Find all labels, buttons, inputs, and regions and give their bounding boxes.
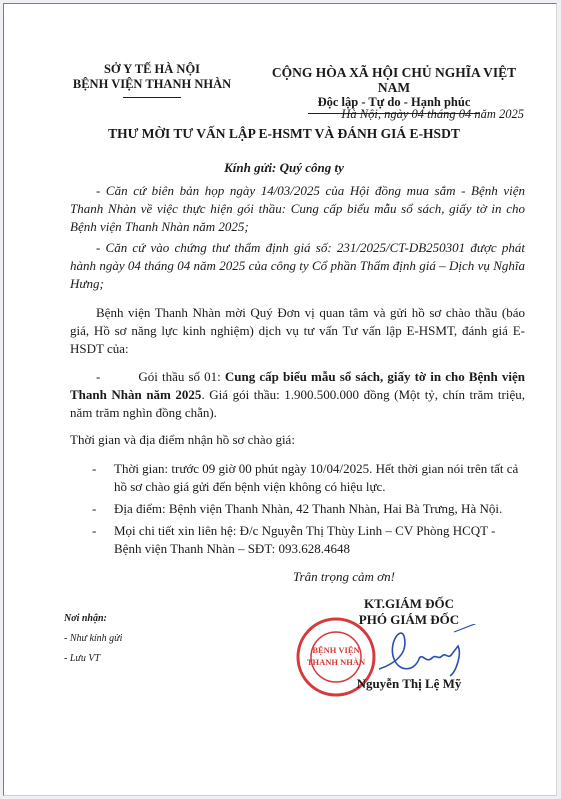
basis-paragraph-1: - Căn cứ biên bản họp ngày 14/03/2025 củ…	[70, 182, 525, 236]
stamp-text: BỆNH VIỆN THANH NHÀN	[295, 644, 377, 668]
recipients-label: Nơi nhận:	[64, 609, 122, 629]
basis-paragraph-2: - Căn cứ vào chứng thư thẩm định giá số:…	[70, 239, 525, 293]
submission-heading: Thời gian và địa điểm nhận hồ sơ chào gi…	[70, 431, 525, 449]
list-item: -Thời gian: trước 09 giờ 00 phút ngày 10…	[92, 460, 524, 496]
recipient-item: - Như kính gửi	[64, 629, 122, 649]
greeting: Kính gửi: Quý công ty	[44, 160, 524, 176]
document-date: Hà Nội, ngày 04 tháng 04 năm 2025	[304, 107, 524, 122]
org-underline	[123, 97, 181, 98]
submission-list: -Thời gian: trước 09 giờ 00 phút ngày 10…	[92, 460, 524, 562]
list-item: -Mọi chi tiết xin liên hệ: Đ/c Nguyễn Th…	[92, 522, 524, 558]
signer-name: Nguyễn Thị Lệ Mỹ	[334, 676, 484, 692]
issuing-organization: SỞ Y TẾ HÀ NỘI BỆNH VIỆN THANH NHÀN	[66, 62, 238, 98]
nation-name: CỘNG HÒA XÃ HỘI CHỦ NGHĨA VIỆT NAM	[259, 65, 529, 95]
signature-icon	[374, 624, 484, 684]
invitation-paragraph: Bệnh viện Thanh Nhàn mời Quý Đơn vị quan…	[70, 304, 525, 358]
package-paragraph: -Gói thầu số 01: Cung cấp biểu mẫu sổ sá…	[70, 368, 525, 422]
handwritten-signature	[374, 624, 484, 684]
recipients-block: Nơi nhận: - Như kính gửi - Lưu VT	[64, 609, 122, 669]
org-hospital: BỆNH VIỆN THANH NHÀN	[66, 77, 238, 92]
closing-thanks: Trân trọng cảm ơn!	[254, 569, 434, 585]
document-title: THƯ MỜI TƯ VẤN LẬP E-HSMT VÀ ĐÁNH GIÁ E-…	[44, 126, 524, 142]
document-page: SỞ Y TẾ HÀ NỘI BỆNH VIỆN THANH NHÀN CỘNG…	[3, 3, 557, 796]
recipient-item: - Lưu VT	[64, 649, 122, 669]
org-department: SỞ Y TẾ HÀ NỘI	[66, 62, 238, 77]
list-item: -Địa điểm: Bệnh viện Thanh Nhàn, 42 Than…	[92, 500, 524, 518]
